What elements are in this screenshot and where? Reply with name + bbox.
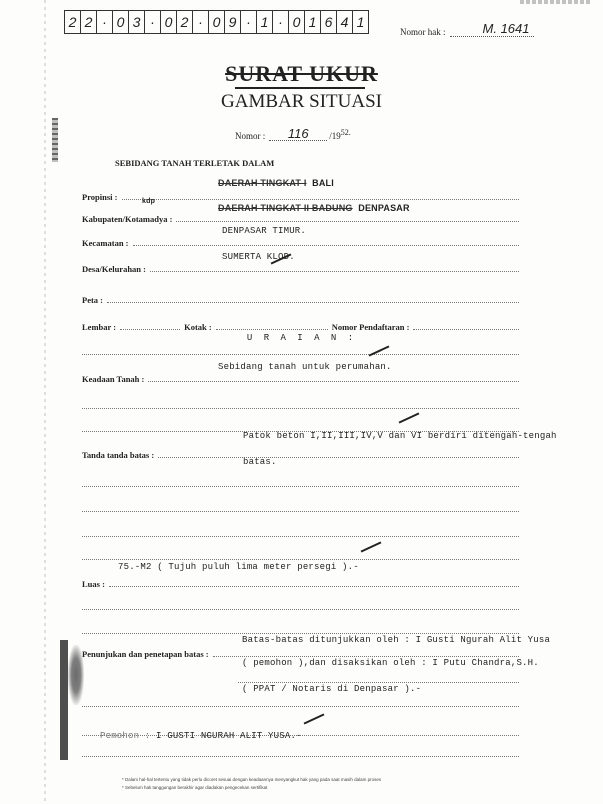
nomor-label: Nomor : <box>235 131 265 141</box>
propinsi-label: Propinsi : <box>82 192 118 202</box>
location-heading: SEBIDANG TANAH TERLETAK DALAM <box>115 158 274 168</box>
kotak-label: Kotak : <box>184 322 212 332</box>
nomor-field: Nomor : 116 /1952. <box>235 128 351 141</box>
keadaan-tanah-label: Keadaan Tanah : <box>82 374 144 384</box>
uraian-rule <box>82 343 519 357</box>
id-digit-box: 0 <box>113 11 129 33</box>
tanda-batas-label: Tanda tanda batas : <box>82 450 154 460</box>
title-struck: SURAT UKUR <box>0 61 603 87</box>
desa-row: Desa/Kelurahan : <box>82 260 519 274</box>
kecamatan-label: Kecamatan : <box>82 238 129 248</box>
pemohon-label: Pemohon : <box>100 731 150 741</box>
penunjukan-line-1: Batas-batas ditunjukkan oleh : I Gusti N… <box>242 635 550 645</box>
footnote-line-1: * Dalam hal-hal tertentu yang tidak perl… <box>122 776 381 784</box>
id-digit-box: 2 <box>81 11 97 33</box>
id-digit-box: · <box>145 11 161 33</box>
id-digit-box: 1 <box>257 11 273 33</box>
check-mark-icon <box>304 713 325 724</box>
nomor-value: 116 <box>269 128 327 141</box>
penunjukan-line-2: ( pemohon ),dan disaksikan oleh : I Putu… <box>242 658 539 668</box>
luas-label: Luas : <box>82 579 105 589</box>
id-digit-box: 2 <box>177 11 193 33</box>
id-digit-box: 0 <box>161 11 177 33</box>
binder-mark <box>60 640 68 760</box>
id-digit-box: 9 <box>225 11 241 33</box>
penunjukan-row: Penunjukan dan penetapan batas : <box>82 645 519 659</box>
lembar-row: Lembar : Kotak : Nomor Pendaftaran : <box>82 318 519 332</box>
footnote: * Dalam hal-hal tertentu yang tidak perl… <box>122 776 381 792</box>
nomor-hak-field: Nomor hak : M. 1641 <box>400 22 534 37</box>
title-underline <box>235 87 365 89</box>
luas-row: Luas : <box>82 575 519 589</box>
margin-stamp <box>52 118 58 162</box>
id-digit-box: 4 <box>337 11 353 33</box>
title-surat-ukur: SURAT UKUR <box>225 61 378 86</box>
page-title: GAMBAR SITUASI <box>0 91 603 113</box>
penunjukan-line-3: ( PPAT / Notaris di Denpasar ).- <box>242 684 421 694</box>
tanda-batas-line-1: Patok beton I,II,III,IV,V dan VI berdiri… <box>243 431 557 441</box>
top-edge-text <box>520 0 590 4</box>
footnote-line-2: * Sebelum hak tanggungan berakhir agar d… <box>122 784 381 792</box>
kabupaten-annotation: kdp <box>142 198 155 205</box>
id-digit-box: 0 <box>289 11 305 33</box>
lembar-label: Lembar : <box>82 322 116 332</box>
uraian-heading: U R A I A N : <box>0 333 603 343</box>
scanned-document-page: 22·03·02·09·1·01641 Nomor hak : M. 1641 … <box>0 0 603 804</box>
parcel-id-boxes: 22·03·02·09·1·01641 <box>64 10 369 34</box>
id-digit-box: · <box>273 11 289 33</box>
kabupaten-label: Kabupaten/Kotamadya : <box>82 214 172 224</box>
id-digit-box: 6 <box>321 11 337 33</box>
id-digit-box: 0 <box>209 11 225 33</box>
kabupaten-value: DAERAH TINGKAT II BADUNG DENPASAR <box>218 203 410 214</box>
id-digit-box: 1 <box>305 11 321 33</box>
id-digit-box: 1 <box>353 11 368 33</box>
id-digit-box: 3 <box>129 11 145 33</box>
id-digit-box: · <box>97 11 113 33</box>
propinsi-value: DAERAH TINGKAT I BALI <box>218 178 334 189</box>
peta-row: Peta : <box>82 291 519 305</box>
tanda-batas-row: Tanda tanda batas : <box>82 446 519 460</box>
nomor-pendaftaran-label: Nomor Pendaftaran : <box>332 322 410 332</box>
pemohon-value: I GUSTI NGURAH ALIT YUSA.- <box>156 731 302 741</box>
keadaan-tanah-row: Keadaan Tanah : <box>82 370 519 384</box>
id-digit-box: · <box>193 11 209 33</box>
nomor-hak-label: Nomor hak : <box>400 27 446 37</box>
nomor-year: /1952. <box>329 128 351 141</box>
punch-hole-edge <box>44 0 46 804</box>
peta-label: Peta : <box>82 295 103 305</box>
penunjukan-label: Penunjukan dan penetapan batas : <box>82 649 209 659</box>
kecamatan-value: DENPASAR TIMUR. <box>222 226 306 236</box>
kecamatan-row: Kecamatan : <box>82 234 519 248</box>
id-digit-box: 2 <box>65 11 81 33</box>
pemohon-field: Pemohon : I GUSTI NGURAH ALIT YUSA.- <box>100 731 302 741</box>
keadaan-tanah-value: Sebidang tanah untuk perumahan. <box>218 362 392 372</box>
nomor-hak-value: M. 1641 <box>450 22 534 37</box>
luas-value: 75.-M2 ( Tujuh puluh lima meter persegi … <box>118 562 359 572</box>
tanda-batas-line-2: batas. <box>243 457 277 467</box>
desa-label: Desa/Kelurahan : <box>82 264 146 274</box>
id-digit-box: · <box>241 11 257 33</box>
